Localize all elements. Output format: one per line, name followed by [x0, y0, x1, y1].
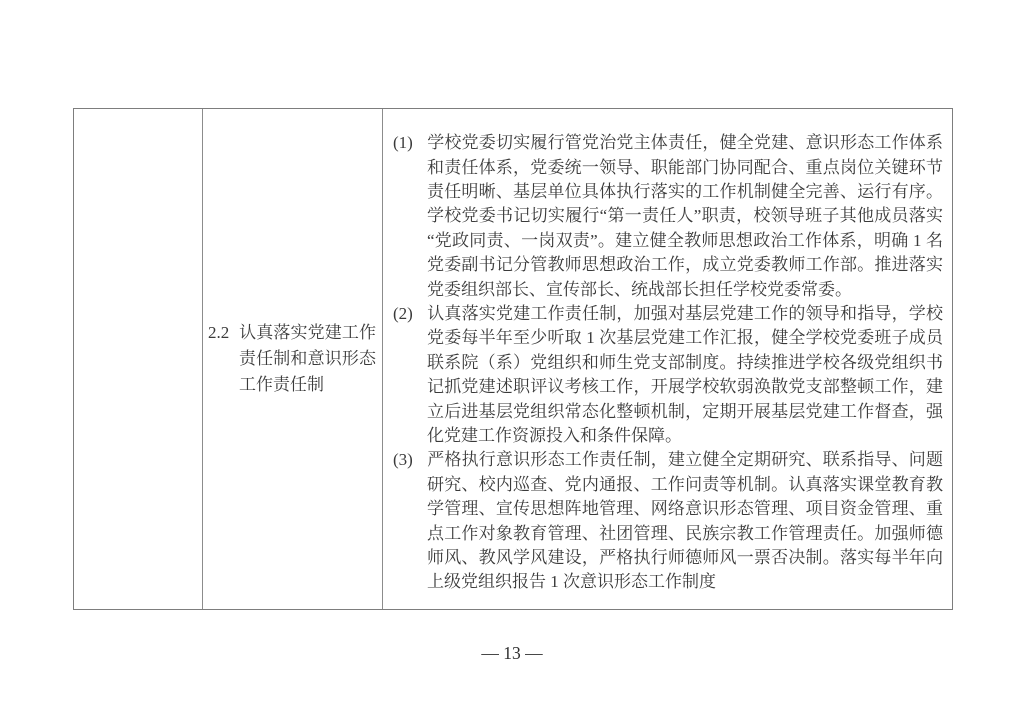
paragraph-2-marker: (2) — [393, 302, 427, 326]
paragraph-3-marker: (3) — [393, 448, 427, 472]
table-cell-details: (1)学校党委切实履行管党治党主体责任，健全党建、意识形态工作体系和责任体系，党… — [383, 109, 952, 609]
table-cell-item: 2.2认真落实党建工作责任制和意识形态工作责任制 — [203, 109, 383, 609]
item-index: 2.2 — [208, 320, 239, 346]
detail-paragraph-3: (3)严格执行意识形态工作责任制，建立健全定期研究、联系指导、问题研究、校内巡查… — [393, 448, 943, 594]
paragraph-2-text: 认真落实党建工作责任制，加强对基层党建工作的领导和指导，学校党委每半年至少听取 … — [427, 304, 943, 445]
page-number: — 13 — — [0, 643, 1024, 664]
document-page: 2.2认真落实党建工作责任制和意识形态工作责任制 (1)学校党委切实履行管党治党… — [0, 0, 1024, 724]
table-cell-category-empty — [74, 109, 203, 609]
detail-paragraph-1: (1)学校党委切实履行管党治党主体责任，健全党建、意识形态工作体系和责任体系，党… — [393, 131, 943, 302]
paragraph-1-text: 学校党委切实履行管党治党主体责任，健全党建、意识形态工作体系和责任体系，党委统一… — [427, 133, 943, 298]
paragraph-3-text: 严格执行意识形态工作责任制，建立健全定期研究、联系指导、问题研究、校内巡查、党内… — [427, 450, 943, 591]
paragraph-1-marker: (1) — [393, 131, 427, 155]
item-heading: 2.2认真落实党建工作责任制和意识形态工作责任制 — [208, 320, 376, 398]
item-title: 认真落实党建工作责任制和意识形态工作责任制 — [239, 323, 376, 394]
assessment-table: 2.2认真落实党建工作责任制和意识形态工作责任制 (1)学校党委切实履行管党治党… — [73, 108, 953, 610]
detail-paragraph-2: (2)认真落实党建工作责任制，加强对基层党建工作的领导和指导，学校党委每半年至少… — [393, 302, 943, 448]
